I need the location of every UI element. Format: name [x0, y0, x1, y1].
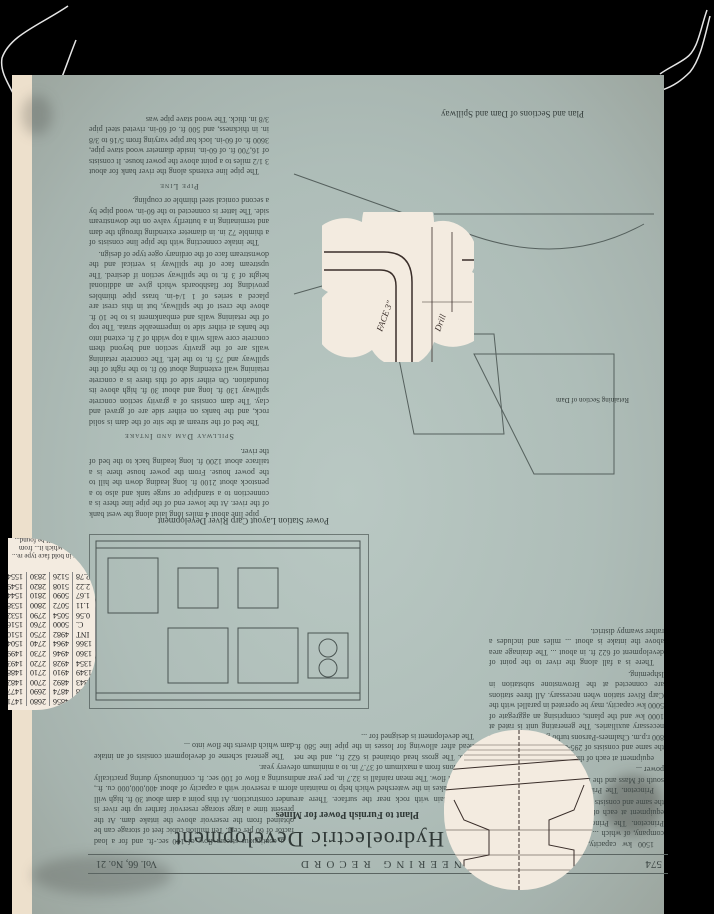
text-column-right: pipe line about 4 miles long laid along …: [89, 79, 269, 519]
caption-plan-dam: Plan and Sections of Dam and Spillway: [441, 109, 584, 119]
heading-spillway: Spillway Dam and Intake: [89, 431, 269, 442]
article-subheading: Plant to Furnish Power for Mines: [276, 809, 419, 820]
inset-technical-drawing-circle: [444, 730, 594, 890]
inset-conversion-table: Figures in bold face type re... Fahrenhe…: [8, 538, 96, 710]
rotated-content: 574 ENGINEERING RECORD Vol. 66, No. 21 H…: [0, 0, 714, 914]
pipe-elbow-drawing: FACE 3" Drill: [322, 212, 474, 362]
layout-schematic: [88, 533, 368, 708]
temperature-table: 1332485626801471 1338487426901477 134348…: [8, 572, 96, 706]
stain: [22, 95, 52, 135]
caption-retaining-section: Retaining Section of Dam: [556, 396, 629, 404]
inset-technical-drawing-quatrefoil: FACE 3" Drill: [322, 212, 474, 362]
power-station-layout-drawing: [89, 534, 369, 709]
volume-number: Vol. 66, No. 21: [96, 859, 157, 870]
heading-pipe-line: Pipe Line: [89, 181, 269, 192]
screw-thread-drawing: [444, 730, 594, 890]
table-rotated: Figures in bold face type re... Fahrenhe…: [8, 538, 96, 710]
text-column-center-bottom: a continuous stream flow of 100 sec.-ft.…: [94, 721, 294, 846]
page-number: 574: [646, 858, 663, 870]
table-note: Figures in bold face type re... Fahrenhe…: [10, 538, 94, 560]
